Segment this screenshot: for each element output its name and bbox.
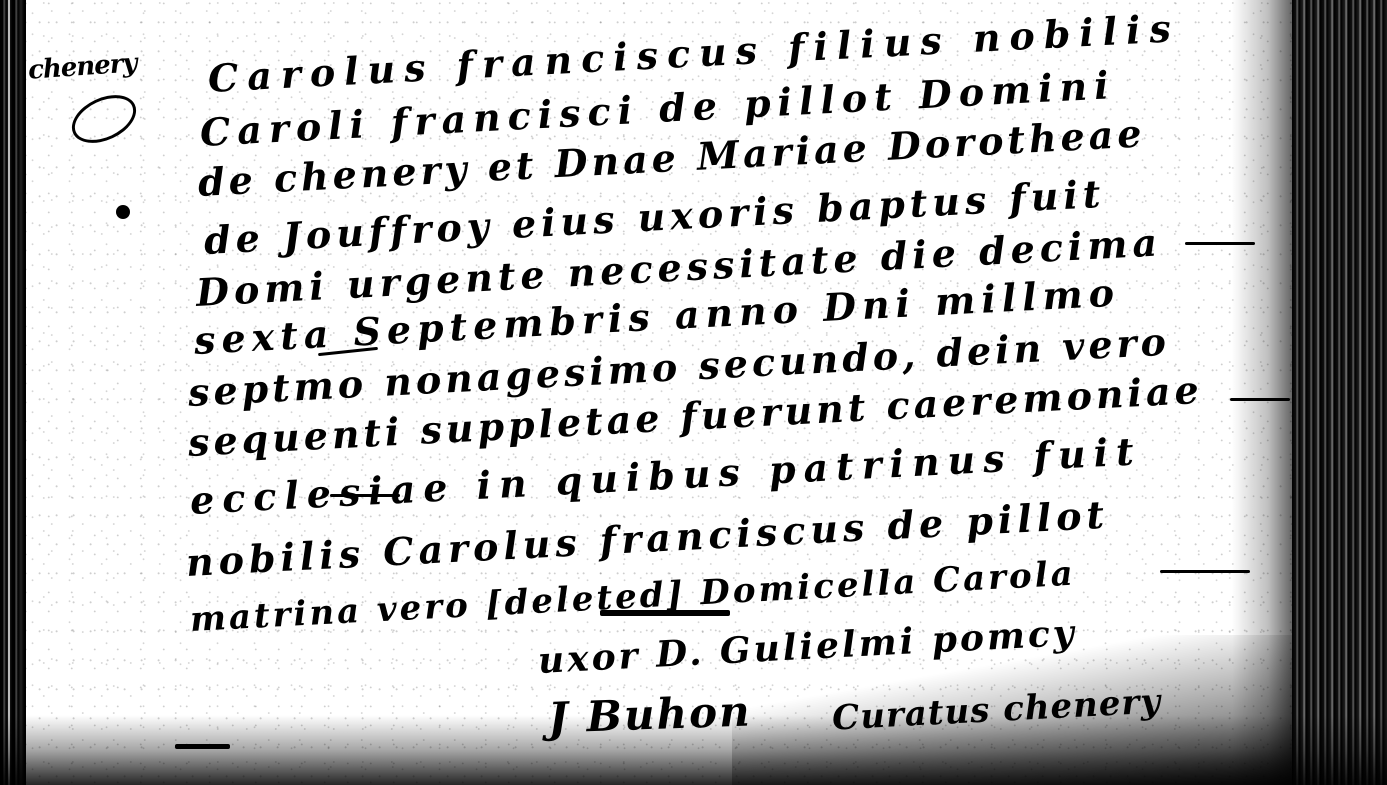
ink-blot [116,205,130,219]
strike-through-mark [600,610,730,616]
underline-mark [330,494,400,497]
line-end-dash [1185,242,1255,245]
left-binding-edge [0,0,26,785]
line-end-dash [1230,398,1290,401]
right-binding-edge [1292,0,1387,785]
margin-note-place-name: chenery [27,48,137,85]
margin-flourish-mark [64,86,143,153]
line-end-dash [1160,570,1250,573]
scanned-register-page: chenery Carolus franciscus filius nobili… [0,0,1387,785]
priest-signature-name: J Buhon [547,686,752,742]
margin-dash [175,744,230,749]
